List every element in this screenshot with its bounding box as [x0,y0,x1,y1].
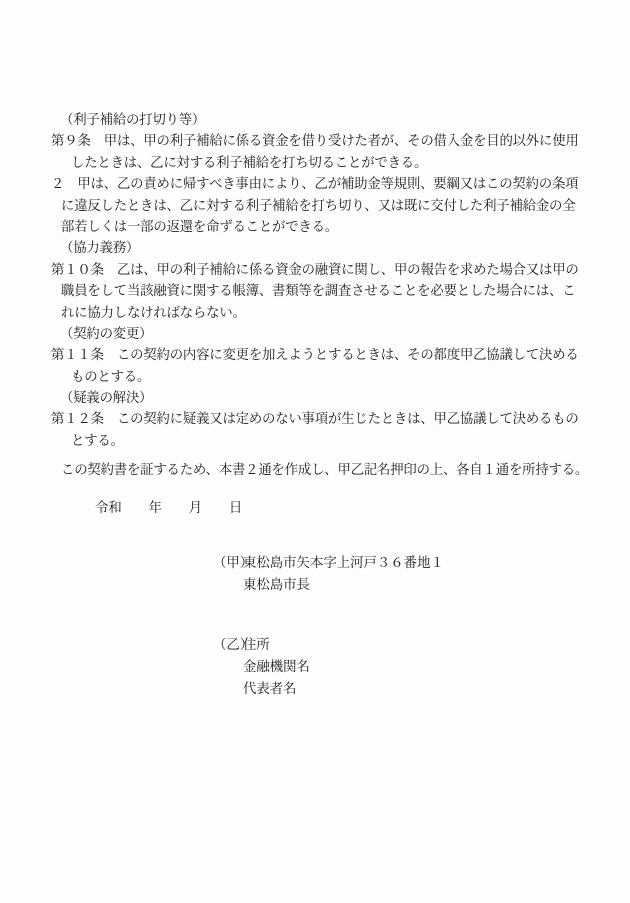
article-11-line-1: 第１１条 この契約の内容に変更を加えようとするときは、その都度甲乙協議して決める [51,344,610,365]
heading-cooperation-duty: （協力義務） [60,237,610,258]
party-otsu-representative-label: 代表者名 [243,681,297,696]
party-kou-address: 東松島市矢本字上河戸３６番地１ [243,555,444,570]
party-kou-label: （甲） [213,552,253,574]
party-otsu-institution-row: 金融機関名 [213,656,310,678]
party-kou-title-row: 東松島市長 [213,574,444,596]
article-10-line-3: れに協力しなければならない。 [61,302,610,323]
article-9-para-2-line-2: に違反したときは、乙に対する利子補給を打ち切り、又は既に交付した利子補給金の全 [61,195,610,216]
contract-body: （利子補給の打切り等） 第９条 甲は、甲の利子補給に係る資金を借り受けた者が、そ… [51,109,610,451]
article-10-line-2: 職員をして当該融資に関する帳簿、書類等を調査させることを必要とした場合には、こ [61,280,610,301]
contract-document-page: （利子補給の打切り等） 第９条 甲は、甲の利子補給に係る資金を借り受けた者が、そ… [0,0,630,903]
party-otsu-institution-label: 金融機関名 [243,659,310,674]
heading-doubt-resolution: （疑義の解決） [60,387,610,408]
article-9-para-2-line-3: 部若しくは一部の返還を命ずることができる。 [61,216,610,237]
article-9-line-2: したときは、乙に対する利子補給を打ち切ることができる。 [71,152,610,173]
article-11-line-2: ものとする。 [71,366,610,387]
closing-sentence: この契約書を証するため、本書２通を作成し、甲乙記名押印の上、各自１通を所持する。 [61,459,588,480]
article-10-line-1: 第１０条 乙は、甲の利子補給に係る資金の融資に関し、甲の報告を求めた場合又は甲の [51,259,610,280]
article-12-line-1: 第１２条 この契約に疑義又は定めのない事項が生じたときは、甲乙協議して決めるもの [51,408,610,429]
party-otsu-address-row: （乙） 住所 [213,634,310,656]
article-9-line-1: 第９条 甲は、甲の利子補給に係る資金を借り受けた者が、その借入金を目的以外に使用 [51,130,610,151]
party-otsu-block: （乙） 住所 金融機関名 代表者名 [213,634,310,700]
heading-contract-change: （契約の変更） [60,323,610,344]
party-kou-address-row: （甲） 東松島市矢本字上河戸３６番地１ [213,552,444,574]
party-kou-block: （甲） 東松島市矢本字上河戸３６番地１ 東松島市長 [213,552,444,596]
article-9-para-2-line-1: ２ 甲は、乙の責めに帰すべき事由により、乙が補助金等規則、要綱又はこの契約の条項 [51,173,610,194]
party-kou-title: 東松島市長 [243,577,310,592]
article-12-line-2: とする。 [71,430,610,451]
party-otsu-label: （乙） [213,634,253,656]
date-line: 令和 年 月 日 [95,497,242,518]
party-otsu-representative-row: 代表者名 [213,678,310,700]
heading-interest-subsidy-termination: （利子補給の打切り等） [60,109,610,130]
